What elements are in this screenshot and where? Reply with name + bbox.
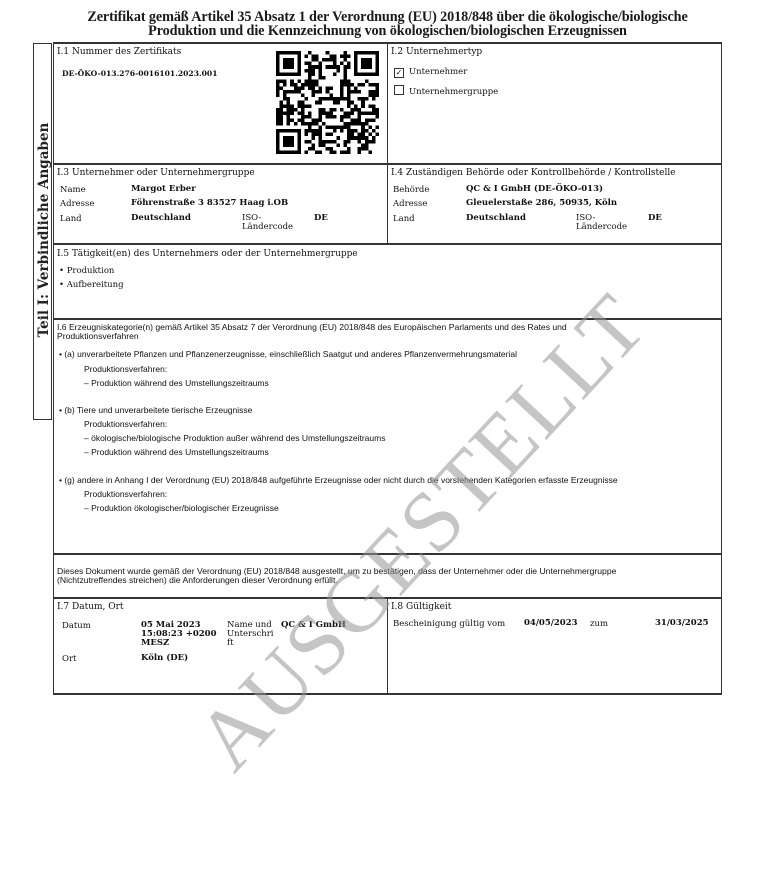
certificate-number: DE-ÖKO-013.276-0016101.2023.001	[62, 69, 217, 78]
section-1-4-header: I.4 Zuständigen Behörde oder Kontrollbeh…	[391, 168, 676, 178]
section-1-5-header: I.5 Tätigkeit(en) des Unternehmers oder …	[57, 249, 358, 259]
category-g-method-label: Produktionsverfahren:	[84, 489, 167, 499]
title-line-2: Produktion und die Kennzeichnung von öko…	[0, 24, 775, 38]
section-1-3-header: I.3 Unternehmer oder Unternehmergruppe	[57, 168, 255, 178]
section-1-1-header: I.1 Nummer des Zertifikats	[57, 47, 181, 57]
divider	[387, 42, 388, 244]
checkbox-unternehmergruppe[interactable]	[394, 85, 404, 95]
statement-line2: (Nichtzutreffendes streichen) die Anford…	[57, 576, 616, 585]
place-value: Köln (DE)	[141, 654, 188, 663]
valid-to-label: zum	[590, 619, 608, 629]
authority-iso-label-line2: Ländercode	[576, 223, 627, 232]
section-1-7-header: I.7 Datum, Ort	[57, 602, 124, 612]
authority-address-value: Gleuelerstaße 286, 50935, Köln	[466, 199, 617, 208]
address-label: Adresse	[60, 199, 94, 209]
valid-from-label: Bescheinigung gültig vom	[393, 619, 505, 629]
category-a-method-label: Produktionsverfahren:	[84, 364, 167, 374]
country-label: Land	[60, 214, 82, 224]
iso-label: ISO- Ländercode	[242, 214, 293, 232]
category-b-method-label: Produktionsverfahren:	[84, 419, 167, 429]
address-value: Föhrenstraße 3 83527 Haag i.OB	[131, 199, 288, 208]
date-value-line3: MESZ	[141, 639, 217, 648]
title-line-1: Zertifikat gemäß Artikel 35 Absatz 1 der…	[0, 10, 775, 24]
name-label: Name	[60, 185, 86, 195]
qr-code-icon	[276, 51, 379, 154]
signature-label-line3: ft	[227, 639, 274, 648]
authority-iso-label: ISO- Ländercode	[576, 214, 627, 232]
authority-address-label: Adresse	[393, 199, 427, 209]
iso-label-line2: Ländercode	[242, 223, 293, 232]
authority-iso-value: DE	[648, 214, 662, 223]
category-b-method: – ökologische/biologische Produktion auß…	[84, 433, 385, 443]
side-label-box: Teil I: Verbindliche Angaben	[33, 43, 52, 420]
category-a-title: • (a) unverarbeitete Pflanzen und Pflanz…	[59, 349, 517, 359]
authority-country-label: Land	[393, 214, 415, 224]
signature-label: Name und Unterschri ft	[227, 621, 274, 648]
category-g-method: – Produktion ökologischer/biologischer E…	[84, 503, 279, 513]
side-label: Teil I: Verbindliche Angaben	[36, 50, 52, 410]
category-g-title: • (g) andere in Anhang I der Verordnung …	[59, 475, 618, 485]
option-unternehmer-label: Unternehmer	[409, 67, 467, 77]
divider	[53, 318, 722, 320]
option-unternehmer[interactable]: ✓Unternehmer	[394, 67, 467, 78]
valid-to-value: 31/03/2025	[655, 619, 709, 628]
signature-value: QC & I GmbH	[281, 621, 346, 630]
category-a-method: – Produktion während des Umstellungszeit…	[84, 378, 269, 388]
option-unternehmergruppe-label: Unternehmergruppe	[409, 87, 498, 97]
date-label: Datum	[62, 621, 91, 631]
authority-label: Behörde	[393, 185, 429, 195]
activity-item: • Produktion	[59, 266, 114, 276]
document-title: Zertifikat gemäß Artikel 35 Absatz 1 der…	[0, 10, 775, 38]
category-b-method: – Produktion während des Umstellungszeit…	[84, 447, 269, 457]
option-unternehmergruppe[interactable]: Unternehmergruppe	[394, 85, 498, 97]
valid-from-value: 04/05/2023	[524, 619, 578, 628]
country-value: Deutschland	[131, 214, 191, 223]
divider	[387, 598, 388, 694]
section-1-6-header-line2: Produktionsverfahren	[57, 332, 567, 341]
authority-value: QC & I GmbH (DE-ÖKO-013)	[466, 185, 603, 194]
place-label: Ort	[62, 654, 76, 664]
section-1-6-header: I.6 Erzeugniskategorie(n) gemäß Artikel …	[57, 323, 567, 341]
divider	[53, 553, 722, 555]
name-value: Margot Erber	[131, 185, 196, 194]
authority-country-value: Deutschland	[466, 214, 526, 223]
date-value: 05 Mai 2023 15:08:23 +0200 MESZ	[141, 621, 217, 648]
section-1-2-header: I.2 Unternehmertyp	[391, 47, 482, 57]
checkbox-unternehmer[interactable]: ✓	[394, 68, 404, 78]
section-1-8-header: I.8 Gültigkeit	[391, 602, 451, 612]
iso-value: DE	[314, 214, 328, 223]
compliance-statement: Dieses Dokument wurde gemäß der Verordnu…	[57, 567, 616, 585]
category-b-title: • (b) Tiere und unverarbeitete tierische…	[59, 405, 252, 415]
activity-item: • Aufbereitung	[59, 280, 124, 290]
